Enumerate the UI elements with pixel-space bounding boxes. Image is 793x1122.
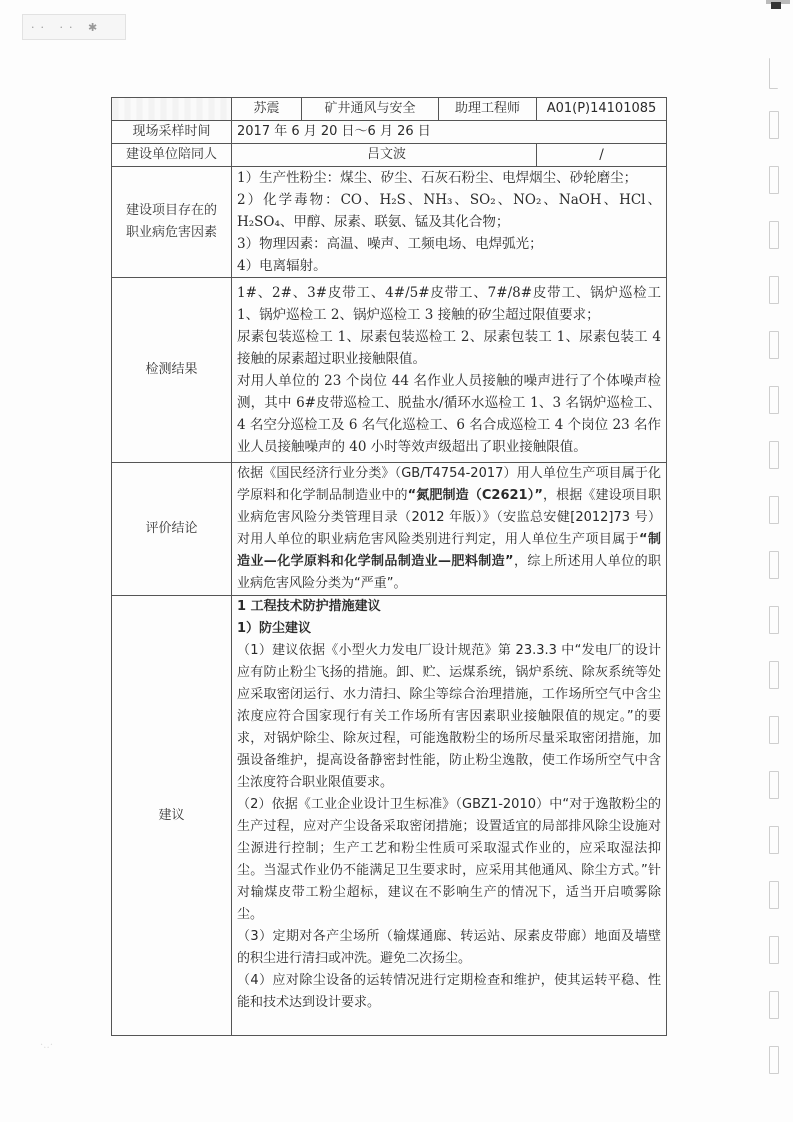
binding-slot — [769, 276, 779, 304]
binding-slot — [769, 881, 779, 909]
escort-row: 建设单位陪同人 吕文波 / — [112, 144, 667, 167]
hazards-row: 建设项目存在的 职业病危害因素 1）生产性粉尘：煤尘、矽尘、石灰石粉尘、电焊烟尘… — [112, 167, 667, 278]
binding-slot — [769, 991, 779, 1019]
binding-slot — [769, 826, 779, 854]
binding-slot — [769, 58, 778, 89]
suggestion-item: （2）依据《工业企业设计卫生标准》（GBZ1-2010）中“对于逸散粉尘的生产过… — [237, 794, 661, 926]
assessment-table: 苏震 矿井通风与安全 助理工程师 A01(P)14101085 现场采样时间 2… — [111, 97, 667, 1036]
binding-slot — [769, 1046, 779, 1074]
binding-slot — [769, 331, 779, 359]
hazard-item: 4）电离辐射。 — [237, 255, 661, 277]
sampling-row: 现场采样时间 2017 年 6 月 20 日～6 月 26 日 — [112, 121, 667, 144]
binding-slot — [769, 111, 779, 139]
escort-name: 吕文波 — [367, 147, 406, 162]
hazards-label-line2: 职业病危害因素 — [117, 222, 226, 244]
assessor-name: 苏震 — [232, 98, 302, 121]
suggestion-item: （1）建议依据《小型火力发电厂设计规范》第 23.3.3 中“发电厂的设计应有防… — [237, 640, 661, 794]
hazards-list: 1）生产性粉尘：煤尘、矽尘、石灰石粉尘、电焊烟尘、砂轮磨尘； 2）化学毒物：CO… — [232, 167, 667, 278]
result-paragraph: 1#、2#、3#皮带工、4#/5#皮带工、7#/8#皮带工、锅炉巡检工 1、锅炉… — [237, 282, 661, 326]
conclusion-industry-code: “氮肥制造（C2621）” — [408, 488, 543, 503]
result-paragraph: 对用人单位的 23 个岗位 44 名作业人员接触的噪声进行了个体噪声检测，其中 … — [237, 370, 661, 458]
assessor-specialty: 矿井通风与安全 — [302, 98, 439, 121]
sampling-label: 现场采样时间 — [112, 121, 232, 144]
binding-slot — [769, 221, 779, 249]
binding-slot — [769, 496, 779, 524]
scan-stamp-mark: ·· ·· ✱ — [22, 14, 126, 40]
hazards-label-line1: 建设项目存在的 — [117, 200, 226, 222]
hazards-label: 建设项目存在的 职业病危害因素 — [112, 167, 232, 278]
results-label: 检测结果 — [112, 278, 232, 463]
results-text: 1#、2#、3#皮带工、4#/5#皮带工、7#/8#皮带工、锅炉巡检工 1、锅炉… — [232, 278, 667, 463]
result-paragraph: 尿素包装巡检工 1、尿素包装巡检工 2、尿素包装工 1、尿素包装工 4 接触的尿… — [237, 326, 661, 370]
hazard-item: 1）生产性粉尘：煤尘、矽尘、石灰石粉尘、电焊烟尘、砂轮磨尘； — [237, 167, 661, 189]
conclusion-row: 评价结论 依据《国民经济行业分类》（GB/T4754-2017）用人单位生产项目… — [112, 463, 667, 596]
binding-slot — [769, 606, 779, 634]
assessor-cert-no: A01(P)14101085 — [537, 98, 667, 121]
binding-tab — [771, 2, 781, 9]
escort-label: 建设单位陪同人 — [112, 144, 232, 167]
binding-slot — [769, 386, 779, 414]
hazard-item: 3）物理因素：高温、噪声、工频电场、电焊弧光； — [237, 233, 661, 255]
binding-slot — [769, 771, 779, 799]
binding-edge — [763, 0, 793, 1122]
suggestions-heading: 1 工程技术防护措施建议 — [237, 596, 661, 618]
binding-slot — [769, 716, 779, 744]
binding-slot — [769, 166, 779, 194]
personnel-blank-cell — [112, 98, 232, 121]
suggestions-subheading: 1）防尘建议 — [237, 618, 661, 640]
results-row: 检测结果 1#、2#、3#皮带工、4#/5#皮带工、7#/8#皮带工、锅炉巡检工… — [112, 278, 667, 463]
escort-value-cell: 吕文波 — [232, 144, 537, 167]
conclusion-text: 依据《国民经济行业分类》（GB/T4754-2017）用人单位生产项目属于化学原… — [232, 463, 667, 596]
suggestion-item: （4）应对除尘设备的运转情况进行定期检查和维护，使其运转平稳、性能和技术达到设计… — [237, 970, 661, 1014]
conclusion-label: 评价结论 — [112, 463, 232, 596]
assessor-title: 助理工程师 — [439, 98, 537, 121]
escort-other: / — [537, 144, 667, 167]
sampling-value: 2017 年 6 月 20 日～6 月 26 日 — [232, 121, 667, 144]
personnel-row: 苏震 矿井通风与安全 助理工程师 A01(P)14101085 — [112, 98, 667, 121]
binding-slot — [769, 441, 779, 469]
hazard-item: 2）化学毒物：CO、H₂S、NH₃、SO₂、NO₂、NaOH、HCl、H₂SO₄… — [237, 189, 661, 233]
suggestions-text: 1 工程技术防护措施建议 1）防尘建议 （1）建议依据《小型火力发电厂设计规范》… — [232, 596, 667, 1036]
suggestions-label: 建议 — [112, 596, 232, 1036]
suggestions-row: 建议 1 工程技术防护措施建议 1）防尘建议 （1）建议依据《小型火力发电厂设计… — [112, 596, 667, 1036]
scan-smudge-mark: ·‥· — [40, 1040, 80, 1060]
suggestion-item: （3）定期对各产尘场所（输煤通廊、转运站、尿素皮带廊）地面及墙壁的积尘进行清扫或… — [237, 926, 661, 970]
binding-slot — [769, 661, 779, 689]
binding-slot — [769, 551, 779, 579]
binding-slot — [769, 936, 779, 964]
